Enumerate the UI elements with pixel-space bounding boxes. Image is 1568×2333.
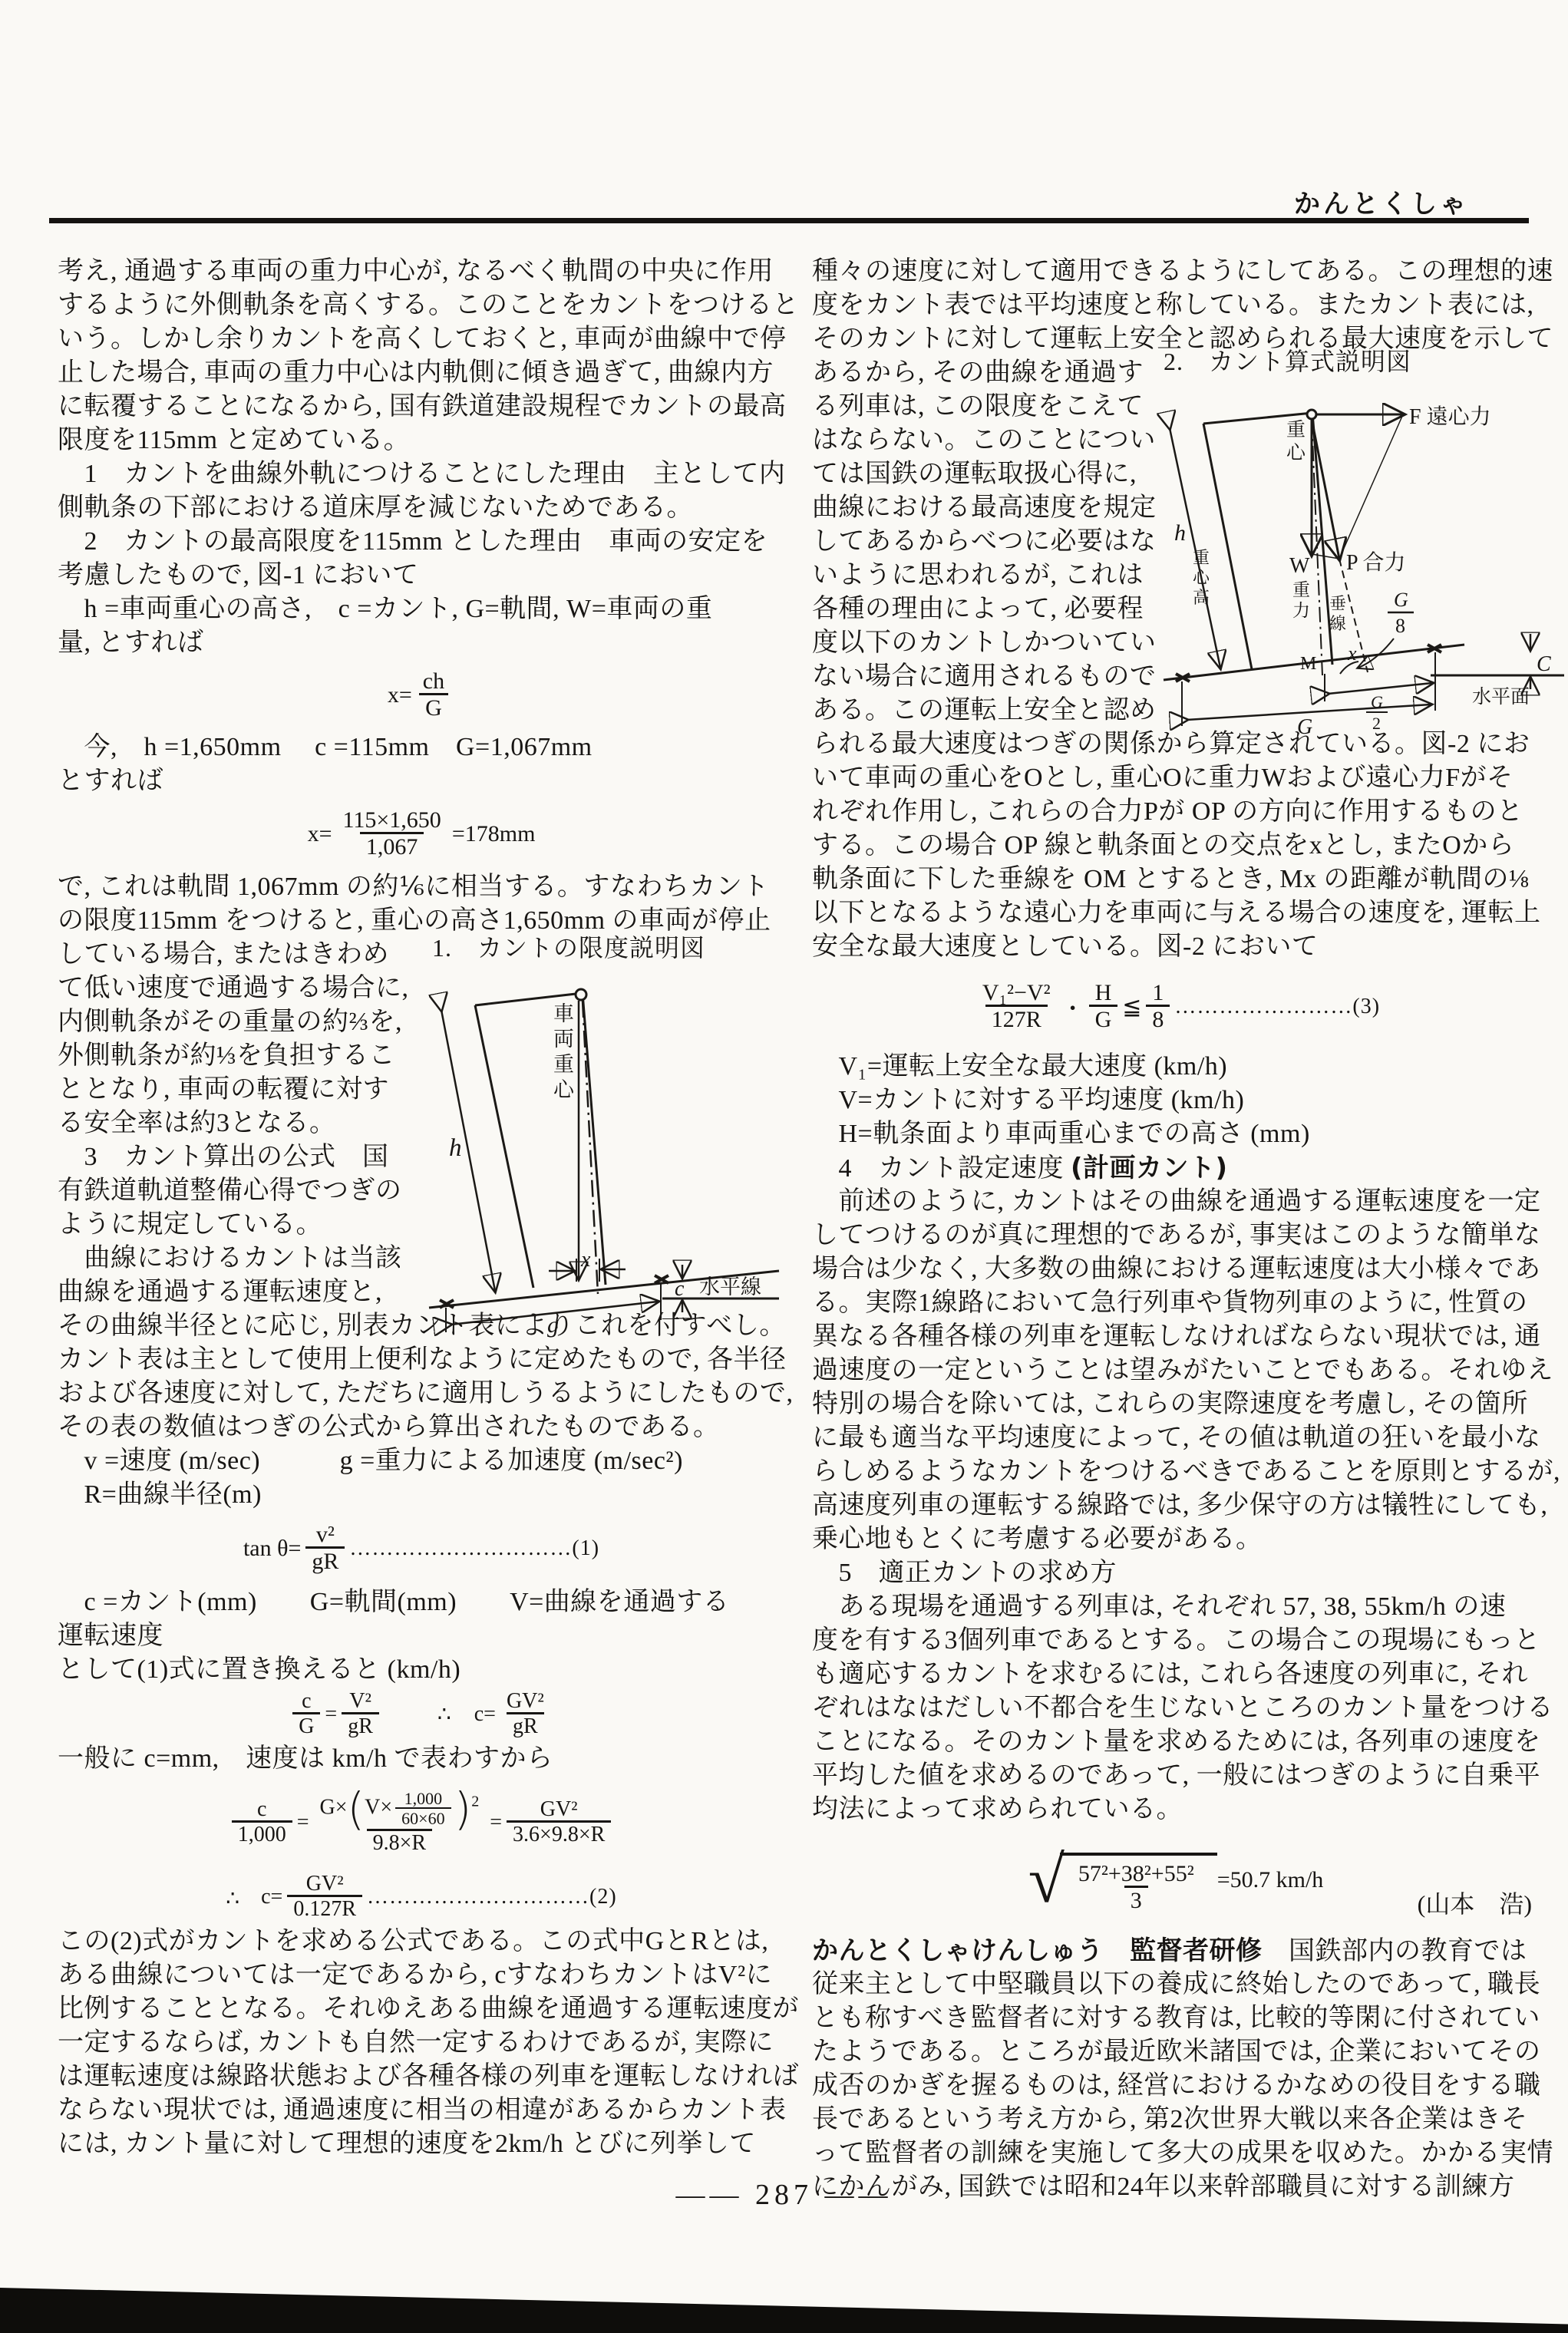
fraction-denominator: 8 — [1146, 1005, 1170, 1034]
text-line: 2 カントの最高限度を115mm とした理由 車両の安定を — [58, 525, 785, 559]
text-line: 運転速度 — [58, 1619, 785, 1653]
text-line: 成否のかぎを握るものは, 経営におけるかなめの役目をする職 — [812, 2069, 1540, 2103]
page-number: ―― 287 ―― — [0, 2178, 1568, 2212]
fraction-numerator: 1 — [1146, 981, 1170, 1005]
narrow-text-beside-figure1: している場合, またはきわめて低い速度で通過する場合に,内側軌条がその重量の約⅔… — [58, 938, 426, 1309]
figure2-label-center: 重心 — [1286, 419, 1306, 464]
text-line: 1 カントを曲線外軌につけることにした理由 主として内 — [58, 457, 785, 491]
figure1-label-center-of-gravity: 車両重心 — [553, 1002, 575, 1101]
paragraph: 従来主として中堅職員以下の養成に終始したのであって, 職長とも称すべき監督者に対… — [812, 1968, 1540, 2204]
text-line: いように思われるが, これは — [812, 559, 1180, 592]
text-line: h =車両重心の高さ, c =カント, G=軌間, W=車両の重 — [58, 592, 785, 626]
fraction-numerator: V₁²−V² — [976, 981, 1057, 1005]
text-line: その表の数値はつぎの公式から算出されたものである。 — [58, 1411, 785, 1444]
text-line: る。実際1線路において急行列車や貨物列車のように, 性質の — [812, 1286, 1540, 1320]
definitions: V₁=運転上安全な最大速度 (km/h) V=カントに対する平均速度 (km/h… — [812, 1050, 1540, 1151]
fraction-denominator: 0.127R — [287, 1895, 362, 1922]
text-line: て低い速度で通過する場合に, — [58, 972, 426, 1005]
fraction-denominator: 2 — [1372, 714, 1381, 733]
text-line: る列車は, この限度をこえて — [812, 390, 1180, 424]
fraction-numerator: 57²+38²+55² — [1072, 1862, 1200, 1886]
text-line: するように外側軌条を高くする。このことをカントをつけると — [58, 289, 785, 322]
text-line: する。この場合 OP 線と軌条面との交点をxとし, またOから — [812, 829, 1540, 863]
figure-2: 2. カント算式説明図 重心 F 遠心力 — [1150, 344, 1568, 737]
text-line: 以下となるような遠心力を車両に与える場合の速度を, 運転上 — [812, 896, 1540, 930]
text-line: って監督者の訓練を実施して多大の成果を収めた。かかる実情 — [812, 2137, 1540, 2170]
dots-leader: …………………………(2) — [367, 1885, 617, 1909]
text-line: および各速度に対して, ただちに適用しうるようにしたもので, — [58, 1377, 785, 1411]
text-line: いう。しかし余りカントを高くしておくと, 車両が曲線中で停 — [58, 322, 785, 356]
text-line: 長であるという考え方から, 第2次世界大戦以来各企業はきそ — [812, 2103, 1540, 2137]
formula-rhs: =178mm — [452, 821, 536, 847]
text-line: に転覆することになるから, 国有鉄道建設規程でカントの最高 — [58, 390, 785, 424]
text-line: 異なる各種各様の列車を運転しなければならない現状では, 通 — [812, 1320, 1540, 1354]
formula-tan-theta: tan θ=v²gR…………………………(1) — [58, 1512, 785, 1586]
figure2-label-g: G — [1297, 715, 1312, 737]
text-line: 度以下のカントしかついてい — [812, 626, 1180, 660]
entry-first-text: 国鉄部内の教育では — [1263, 1937, 1527, 1965]
figure1-cant-limit-diagram: 車両重心 h x — [418, 965, 785, 1349]
text-line: たようである。ところが最近欧米諸国では, 企業においてその — [812, 2035, 1540, 2069]
fraction-denominator: 1,067 — [360, 832, 424, 861]
text-line: 量, とすれば — [58, 626, 785, 660]
paragraph: 前述のように, カントはその曲線を通過する運転速度を一定してつけるのが真に理想的… — [812, 1185, 1540, 1556]
fraction-denominator: 3.6×9.8×R — [507, 1820, 611, 1847]
figure1-caption: 1. カントの限度説明図 — [418, 930, 785, 965]
figure2-label-gravity: 重力 — [1292, 580, 1310, 620]
formula-max-speed-condition: V₁²−V²127R・HG≦18……………………(3) — [812, 964, 1540, 1050]
left-column: 考え, 通過する車両の重力中心が, なるべく軌間の中央に作用するように外側軌条を… — [58, 255, 785, 2161]
fraction-numerator: G — [1394, 589, 1408, 611]
text-line: として(1)式に置き換えると (km/h) — [58, 1653, 785, 1687]
less-equal-sign: ≦ — [1122, 994, 1141, 1021]
formula-x-calculation: x=115×1,6501,067=178mm — [58, 798, 785, 870]
numbered-item-1: 1 カントを曲線外軌につけることにした理由 主として内側軌条の下部における道床厚… — [58, 457, 785, 525]
running-title: かんとくしゃ — [1294, 183, 1524, 220]
fraction-numerator: GV² — [500, 1690, 550, 1712]
fraction-denominator: G — [1089, 1005, 1118, 1034]
text-line: れぞれ作用し, これらの合力Pが OP の方向に作用するものと — [812, 795, 1540, 829]
paragraph: 考え, 通過する車両の重力中心が, なるべく軌間の中央に作用するように外側軌条を… — [58, 255, 785, 457]
heading-5-proper-cant: 5 適正カントの求め方 — [812, 1556, 1540, 1590]
text-line: いて車両の重心をOとし, 重心Oに重力Wおよび遠心力Fがそ — [812, 761, 1540, 795]
definitions: c =カント(mm) G=軌間(mm) V=曲線を通過する運転速度として(1)式… — [58, 1586, 785, 1687]
text-line: 有鉄道軌道整備心得でつぎの — [58, 1174, 426, 1208]
entry-headword-kanji: 監督者研修 — [1104, 1935, 1263, 1966]
fraction-denominator: 8 — [1395, 615, 1405, 637]
figure2-label-x: x — [1347, 642, 1357, 665]
fraction-denominator: 9.8×R — [367, 1829, 432, 1856]
term: G× — [320, 1796, 348, 1820]
text-line: 度をカント表では平均速度と称している。またカント表には, — [812, 289, 1540, 322]
figure-1: 1. カントの限度説明図 — [418, 930, 785, 1349]
entry-headword-kana: かんとくしゃけんしゅう — [812, 1935, 1104, 1966]
fraction-denominator: 127R — [985, 1005, 1048, 1034]
text-line: R=曲線半径(m) — [58, 1478, 785, 1512]
fraction-numerator: G×(V×1,00060×60)2 — [314, 1790, 486, 1828]
text-line: H=軌条面より車両重心までの高さ (mm) — [812, 1117, 1540, 1151]
figure2-caption: 2. カント算式説明図 — [1150, 344, 1568, 379]
figure2-cant-formula-diagram: 重心 F 遠心力 W 重力 P 合力 — [1150, 379, 1568, 737]
text-line: 平均した値を求めるのであって, 一般にはつぎのように自乗平 — [812, 1759, 1540, 1793]
dots-leader: ……………………(3) — [1174, 995, 1380, 1019]
left-paren: ( — [348, 1783, 365, 1835]
text-line: V=カントに対する平均速度 (km/h) — [812, 1084, 1540, 1117]
figure1-label-horizontal-line: 水平線 — [699, 1275, 761, 1298]
figure2-g-over-2: G 2 — [1366, 692, 1388, 733]
text-line: 安全な最大速度としている。図-2 において — [812, 930, 1540, 964]
figure2-label-cg-height: 重心高 — [1193, 548, 1210, 607]
text-line: とも称すべき監督者に対する教育は, 比較的等閑に付されてい — [812, 2001, 1540, 2035]
text-line: 一定するならば, カントも自然一定するわけであるが, 実際に — [58, 2026, 785, 2060]
figure2-label-m: M — [1300, 654, 1316, 674]
text-line: 今, h =1,650mm c =115mm G=1,067mm — [58, 731, 785, 764]
heading-text: 4 カント設定速度 — [812, 1154, 1071, 1183]
text-line: ととなり, 車両の転覆に対す — [58, 1073, 426, 1107]
author-attribution: (山本 浩) — [1418, 1885, 1532, 1920]
text-line: 高速度列車の運転する線路では, 多少保守の方は犠牲にしても, — [812, 1489, 1540, 1523]
formula-lhs: x= — [308, 821, 332, 847]
text-line: 度を有する3個列車であるとする。この場合この現場にもっと — [812, 1624, 1540, 1658]
formula-lhs: c= — [261, 1885, 282, 1909]
figure2-label-f-centrifugal: F 遠心力 — [1409, 404, 1491, 429]
text-line: 限度を115mm と定めている。 — [58, 424, 785, 457]
text-line: v =速度 (m/sec) g =重力による加速度 (m/sec²) — [58, 1444, 785, 1478]
fraction-denominator: 3 — [1124, 1886, 1148, 1915]
fraction-numerator: GV² — [300, 1873, 350, 1895]
formula-rms-average-speed: √57²+38²+55²3=50.7 km/h (山本 浩) — [812, 1826, 1540, 1934]
figure1-label-h: h — [449, 1134, 462, 1162]
text-line: ぞれはなはだしい不都合を生じないところのカント量をつける — [812, 1691, 1540, 1725]
text-line: る安全率は約3となる。 — [58, 1107, 426, 1140]
text-line: 前述のように, カントはその曲線を通過する運転速度を一定 — [812, 1185, 1540, 1219]
figure1-label-c: c — [675, 1277, 685, 1301]
text-line: に最も適当な平均速度によって, その値は軌道の狂いを最小な — [812, 1421, 1540, 1455]
paragraph: られる最大速度はつぎの関係から算定されている。図-2 において車両の重心をOとし… — [812, 728, 1540, 964]
paragraph: 一般に c=mm, 速度は km/h で表わすから — [58, 1742, 785, 1776]
text-line: ように規定している。 — [58, 1208, 426, 1242]
fraction-denominator: G — [419, 693, 448, 722]
dot-operator: ・ — [1061, 990, 1084, 1024]
fraction-numerator: c — [251, 1798, 272, 1820]
fraction-numerator: ch — [417, 669, 451, 694]
numbered-item-2: 2 カントの最高限度を115mm とした理由 車両の安定を考慮したもので, 図-… — [58, 525, 785, 592]
formula-c-1000-expansion: c1,000=G×(V×1,00060×60)29.8×R=GV²3.6×9.8… — [58, 1776, 785, 1869]
formula-c-final: ∴ c=GV²0.127R…………………………(2) — [58, 1869, 785, 1925]
formula-rhs: =50.7 km/h — [1217, 1867, 1324, 1893]
paragraph: 種々の速度に対して適用できるようにしてある。この理想的速度をカント表では平均速度… — [812, 255, 1540, 356]
text-line: には, カント量に対して理想的速度を2km/h とびに列挙して — [58, 2127, 785, 2161]
fraction-numerator: v² — [310, 1523, 341, 1547]
text-line: 外側軌条が約⅓を負担するこ — [58, 1039, 426, 1073]
text-line: 比例することとなる。それゆえある曲線を通過する運転速度が — [58, 1992, 785, 2026]
text-line: も適応するカントを求むるには, これら各速度の列車に, それ — [812, 1658, 1540, 1691]
heading-bold-paren: (計画カント) — [1071, 1153, 1228, 1183]
fraction-denominator: 1,000 — [232, 1820, 292, 1847]
formula-lhs: tan θ= — [243, 1536, 301, 1562]
text-line: 各種の理由によって, 必要程 — [812, 592, 1180, 626]
text-line: 止した場合, 車両の重力中心は内軌側に傾き過ぎて, 曲線内方 — [58, 356, 785, 390]
exponent: 2 — [471, 1793, 479, 1810]
text-line: とすれば — [58, 764, 785, 798]
definitions: h =車両重心の高さ, c =カント, G=軌間, W=車両の重量, とすれば — [58, 592, 785, 660]
text-line: 乗心地もとくに考慮する必要がある。 — [812, 1523, 1540, 1556]
figure2-label-w: W — [1289, 554, 1310, 578]
fraction-numerator: 115×1,650 — [337, 808, 447, 833]
figure1-label-x: x — [580, 1248, 591, 1272]
fraction-numerator: 1,000 — [398, 1790, 449, 1807]
text-line: 曲線における最高速度を規定 — [812, 491, 1180, 525]
narrow-lines: あるから, その曲線を通過する列車は, この限度をこえてはならない。このことにつ… — [812, 356, 1180, 728]
definitions: v =速度 (m/sec) g =重力による加速度 (m/sec²) R=曲線半… — [58, 1444, 785, 1512]
formula-c-over-g: cG=V²gR∴c=GV²gR — [58, 1687, 785, 1742]
text-line: 過速度の一定ということは望みがたいことでもある。それゆえ — [812, 1354, 1540, 1388]
fraction-numerator: H — [1089, 981, 1118, 1005]
scanned-document-page: かんとくしゃ 考え, 通過する車両の重力中心が, なるべく軌間の中央に作用するよ… — [0, 0, 1568, 2333]
text-line: している場合, またはきわめ — [58, 938, 426, 972]
text-line: 考え, 通過する車両の重力中心が, なるべく軌間の中央に作用 — [58, 255, 785, 289]
fraction-numerator: c — [295, 1690, 317, 1712]
text-line: 曲線におけるカントは当該 — [58, 1242, 426, 1275]
figure2-label-c: C — [1537, 652, 1551, 676]
text-line: 曲線を通過する運転速度と, — [58, 1275, 426, 1309]
text-line: は運転速度は線路状態および各種各様の列車を運転しなければ — [58, 2060, 785, 2094]
equals: = — [297, 1810, 309, 1835]
text-line: V₁=運転上安全な最大速度 (km/h) — [812, 1050, 1540, 1084]
figure2-label-p-resultant: P 合力 — [1346, 550, 1406, 575]
text-line: はならない。このことについ — [812, 424, 1180, 457]
dots-leader: …………………………(1) — [349, 1536, 599, 1561]
text-line: c =カント(mm) G=軌間(mm) V=曲線を通過する — [58, 1586, 785, 1619]
therefore-sign: ∴ — [226, 1882, 261, 1912]
text-line: 従来主として中堅職員以下の養成に終始したのであって, 職長 — [812, 1968, 1540, 2001]
square-root: √57²+38²+55²3 — [1028, 1846, 1217, 1915]
term: V× — [365, 1796, 392, 1820]
text-line: ては国鉄の運転取扱心得に, — [812, 457, 1180, 491]
fraction-numerator: V² — [343, 1690, 378, 1712]
formula-lhs: x= — [388, 682, 412, 708]
radical-sign: √ — [1028, 1846, 1065, 1912]
text-line: ない場合に適用されるもので — [812, 660, 1180, 694]
fraction-numerator: GV² — [534, 1798, 584, 1820]
text-line: ある曲線については一定であるから, cすなわちカントはV²に — [58, 1958, 785, 1992]
scan-artifact-band — [0, 2270, 1568, 2333]
text-line: ある現場を通過する列車は, それぞれ 57, 38, 55km/h の速 — [812, 1590, 1540, 1624]
right-column: 種々の速度に対して適用できるようにしてある。この理想的速度をカント表では平均速度… — [812, 255, 1540, 2204]
paragraph: で, これは軌間 1,067mm の約⅙に相当する。すなわちカントの限度115m… — [58, 870, 785, 938]
paragraph: この(2)式がカントを求める公式である。この式中GとRとは,ある曲線については一… — [58, 1925, 785, 2161]
text-line: 3 カント算出の公式 国 — [58, 1140, 426, 1174]
fraction-denominator: G — [292, 1712, 320, 1739]
text-line: してあるからべつに必要はな — [812, 525, 1180, 559]
text-line: ことになる。そのカント量を求めるためには, 各列車の速度を — [812, 1725, 1540, 1759]
figure2-label-plumb-line: 垂線 — [1329, 594, 1346, 633]
equals: = — [325, 1702, 337, 1727]
top-rule — [49, 218, 1529, 223]
therefore-sign: ∴ — [437, 1701, 451, 1727]
figure2-label-horizontal-plane: 水平面 — [1472, 686, 1530, 708]
fraction-denominator: gR — [342, 1712, 379, 1739]
text-line: 軌条面に下した垂線を OM とするとき, Mx の距離が軌間の⅛ — [812, 863, 1540, 896]
formula-x-ch-g: x=chG — [58, 660, 785, 731]
text-line: 側軌条の下部における道床厚を減じないためである。 — [58, 491, 785, 525]
fraction-denominator: gR — [305, 1546, 345, 1576]
narrow-text-beside-figure2: あるから, その曲線を通過する列車は, この限度をこえてはならない。このことにつ… — [812, 356, 1180, 728]
text-line: この(2)式がカントを求める公式である。この式中GとRとは, — [58, 1925, 785, 1958]
text-line: 考慮したもので, 図-1 において — [58, 559, 785, 592]
formula-lhs: c= — [474, 1702, 496, 1727]
text-line: してつけるのが真に理想的であるが, 事実はこのような簡単な — [812, 1219, 1540, 1252]
text-line: 一般に c=mm, 速度は km/h で表わすから — [58, 1742, 785, 1776]
entry-headword-line: かんとくしゃけんしゅう 監督者研修 国鉄部内の教育では — [812, 1934, 1540, 1968]
narrow-lines: している場合, またはきわめて低い速度で通過する場合に,内側軌条がその重量の約⅔… — [58, 938, 426, 1309]
text-line: らしめるようなカントをつけるべきであることを原則とするが, — [812, 1455, 1540, 1489]
heading-4-cant-setting-speed: 4 カント設定速度 (計画カント) — [812, 1151, 1540, 1185]
text-line: あるから, その曲線を通過す — [812, 356, 1180, 390]
equals: = — [490, 1810, 502, 1835]
text-line: 場合は少なく, 大多数の曲線における運転速度は大小様々であ — [812, 1252, 1540, 1286]
text-line: で, これは軌間 1,067mm の約⅙に相当する。すなわちカント — [58, 870, 785, 904]
figure1-label-g: g — [547, 1312, 559, 1338]
text-line: ある。この運転上安全と認め — [812, 694, 1180, 728]
figure2-label-h: h — [1174, 520, 1186, 546]
fraction-denominator: 60×60 — [395, 1807, 451, 1828]
text-line: 内側軌条がその重量の約⅔を, — [58, 1005, 426, 1039]
text-line: 種々の速度に対して適用できるようにしてある。この理想的速 — [812, 255, 1540, 289]
text-line: 特別の場合を除いては, これらの実際速度を考慮し, その箇所 — [812, 1388, 1540, 1421]
text-line: 均法によって求められている。 — [812, 1793, 1540, 1826]
text-line: ならない現状では, 通過速度に相当の相違があるからカント表 — [58, 2094, 785, 2127]
given-values: 今, h =1,650mm c =115mm G=1,067mmとすれば — [58, 731, 785, 798]
paragraph: ある現場を通過する列車は, それぞれ 57, 38, 55km/h の速度を有す… — [812, 1590, 1540, 1826]
fraction-denominator: gR — [507, 1712, 544, 1739]
right-paren: ) — [454, 1783, 472, 1835]
